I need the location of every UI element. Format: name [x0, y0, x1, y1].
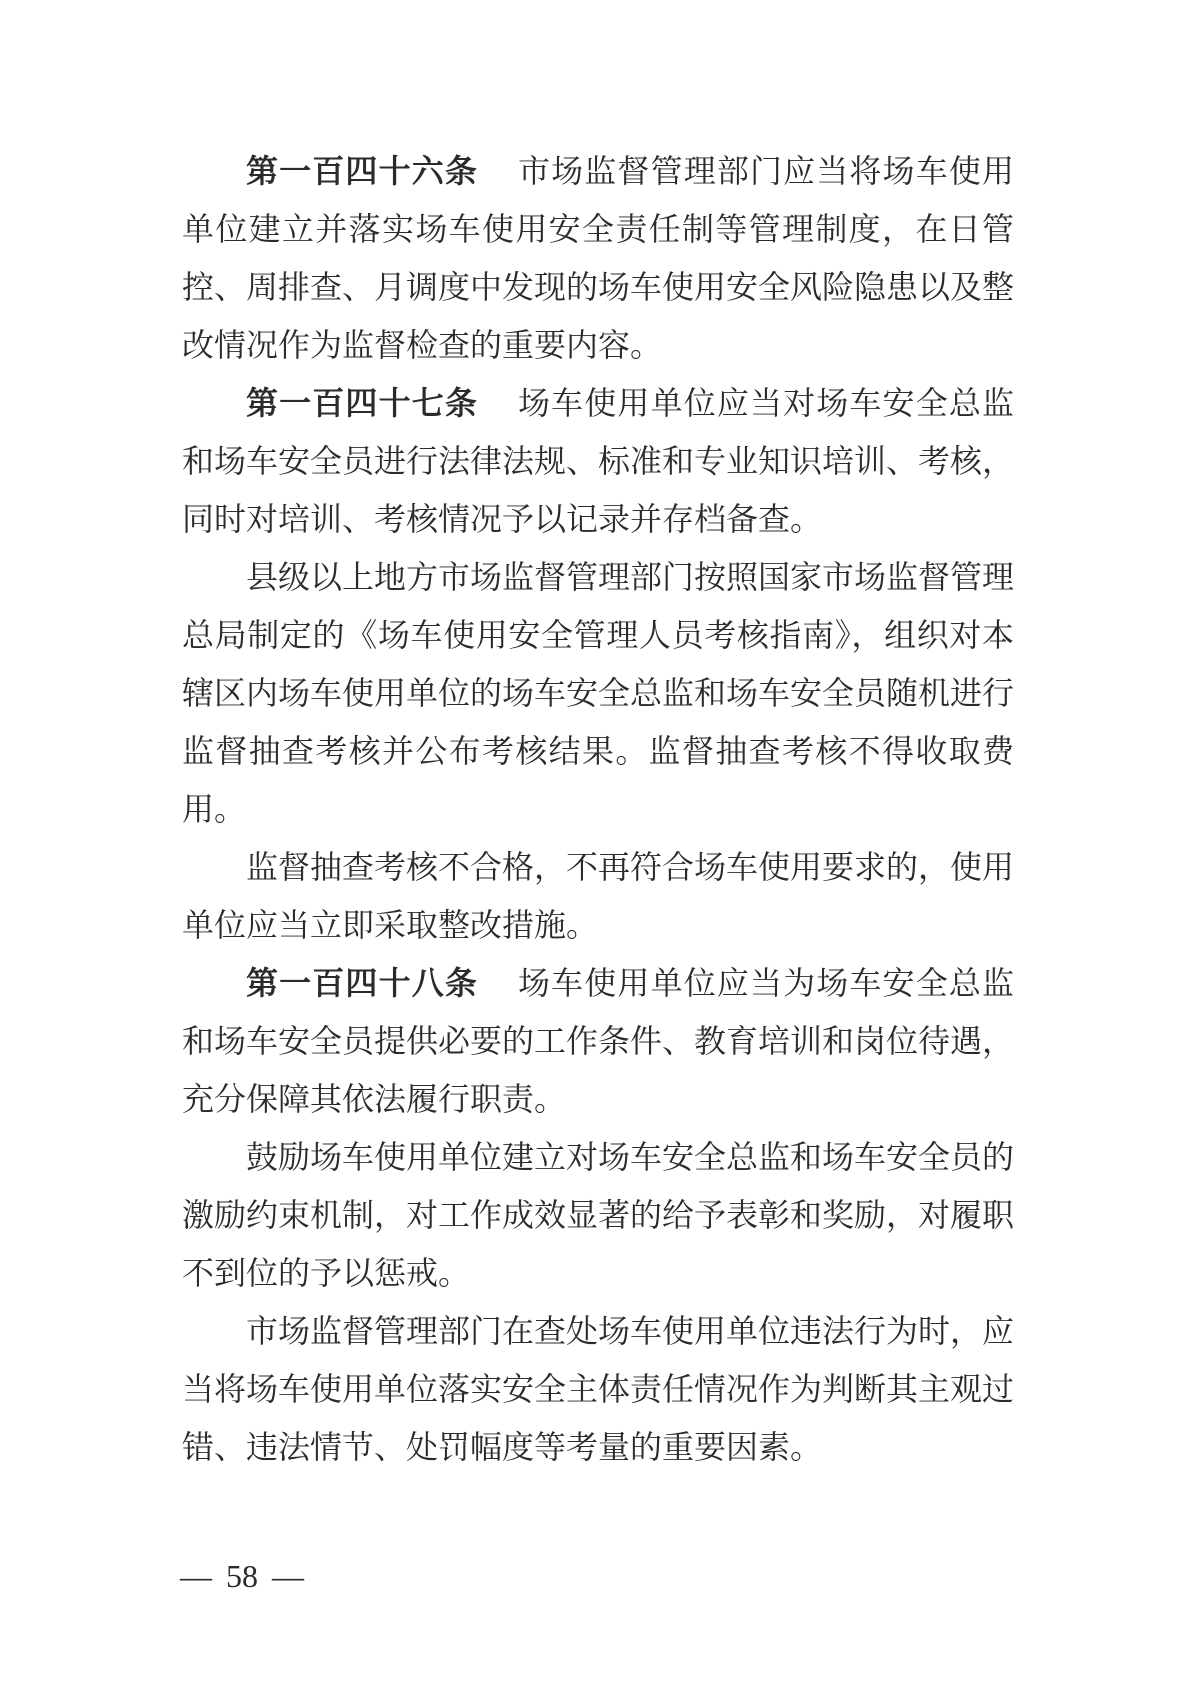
article-paragraph: 第一百四十七条场车使用单位应当对场车安全总监和场车安全员进行法律法规、标准和专业… [182, 374, 1014, 548]
article-number-label: 第一百四十六条 [246, 153, 478, 189]
document-page: 第一百四十六条市场监督管理部门应当将场车使用单位建立并落实场车使用安全责任制等管… [0, 0, 1190, 1683]
paragraph-text: 监督抽查考核不合格，不再符合场车使用要求的，使用单位应当立即采取整改措施。 [182, 849, 1014, 943]
article-paragraph: 市场监督管理部门在查处场车使用单位违法行为时，应当将场车使用单位落实安全主体责任… [182, 1302, 1014, 1476]
paragraph-text: 鼓励场车使用单位建立对场车安全总监和场车安全员的激励约束机制，对工作成效显著的给… [182, 1139, 1014, 1291]
paragraph-text: 市场监督管理部门在查处场车使用单位违法行为时，应当将场车使用单位落实安全主体责任… [182, 1313, 1014, 1465]
article-number-label: 第一百四十八条 [246, 965, 478, 1001]
page-footer: — 58 — [180, 1558, 304, 1594]
article-paragraph: 县级以上地方市场监督管理部门按照国家市场监督管理总局制定的《场车使用安全管理人员… [182, 548, 1014, 838]
page-number: — 58 — [180, 1558, 304, 1594]
article-number-label: 第一百四十七条 [246, 385, 478, 421]
article-paragraph: 第一百四十六条市场监督管理部门应当将场车使用单位建立并落实场车使用安全责任制等管… [182, 142, 1014, 374]
document-body: 第一百四十六条市场监督管理部门应当将场车使用单位建立并落实场车使用安全责任制等管… [182, 142, 1014, 1476]
article-paragraph: 鼓励场车使用单位建立对场车安全总监和场车安全员的激励约束机制，对工作成效显著的给… [182, 1128, 1014, 1302]
article-paragraph: 第一百四十八条场车使用单位应当为场车安全总监和场车安全员提供必要的工作条件、教育… [182, 954, 1014, 1128]
paragraph-text: 县级以上地方市场监督管理部门按照国家市场监督管理总局制定的《场车使用安全管理人员… [182, 559, 1014, 827]
article-paragraph: 监督抽查考核不合格，不再符合场车使用要求的，使用单位应当立即采取整改措施。 [182, 838, 1014, 954]
